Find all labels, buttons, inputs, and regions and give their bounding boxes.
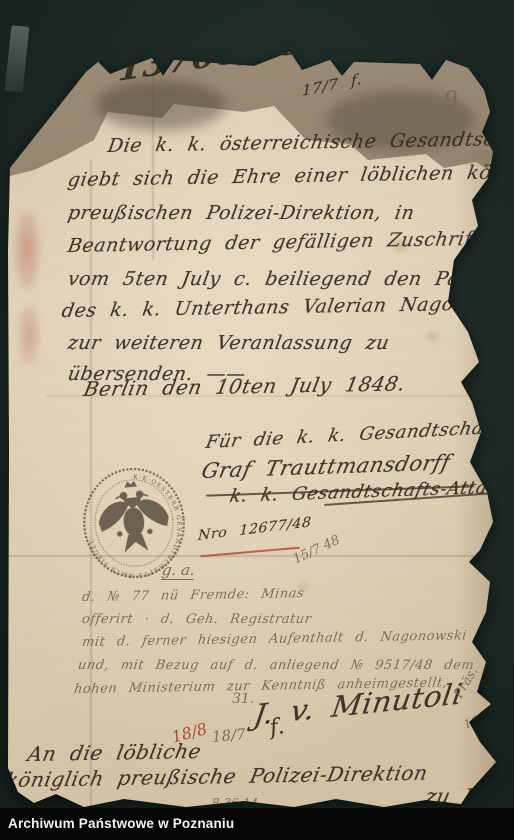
address-line: königlich preußische Polizei-Direktion [4, 761, 430, 792]
fox-spot [426, 332, 439, 342]
letter-body-line: zur weiteren Veranlassung zu [66, 332, 391, 354]
letter-body-line: des k. k. Unterthans Valerian Nagonows [60, 292, 507, 322]
letter-body-line: giebt sich die Ehre einer löblichen kön. [66, 161, 512, 191]
reference-number: Nro 12677/48 [198, 514, 312, 544]
signature-name: Graf Trauttmansdorff [199, 450, 452, 483]
archive-watermark-bar: Archiwum Państwowe w Poznaniu [0, 808, 514, 840]
fold-crease [152, 60, 154, 260]
page-number: 9 [443, 87, 459, 113]
address-line: An die löbliche [26, 739, 204, 766]
pencil-note-line: mit d. ferner hiesigen Aufenthalt d. Nag… [81, 628, 468, 650]
fold-crease [6, 555, 502, 557]
item-number: 31. [232, 691, 254, 707]
archival-scan: 13708/48 17/7 f. 9 Die k. k. österreichi… [0, 0, 514, 840]
dark-blotch [96, 80, 226, 130]
pencil-note-line: offerirt · d. Geh. Registratur [81, 612, 312, 627]
marginalia-date: 15/7 48 [291, 533, 343, 568]
marginalia-heading: g. a. [161, 561, 197, 580]
pencil-note-line: und, mit Bezug auf d. anliegend № 9517/4… [77, 658, 475, 673]
document-page: 13708/48 17/7 f. 9 Die k. k. österreichi… [6, 50, 502, 808]
red-stain [14, 210, 40, 290]
pencil-date-mark: 18/7 [211, 725, 246, 746]
paper-sheet: 13708/48 17/7 f. 9 Die k. k. österreichi… [6, 50, 502, 808]
letter-body-line: Beantwortung der gefälligen Zuschrift [66, 228, 482, 257]
letter-body-line: preußischen Polizei-Direktion, in [66, 202, 416, 224]
archive-name: Archiwum Państwowe w Poznaniu [8, 816, 234, 831]
letter-body-line: vom 5ten July c. beiliegend den Paß [66, 268, 475, 290]
pencil-note-line: d. № 77 nü Fremde: Minas [81, 586, 305, 605]
address-place: zu Pos. [423, 784, 510, 808]
red-stain [18, 305, 40, 365]
